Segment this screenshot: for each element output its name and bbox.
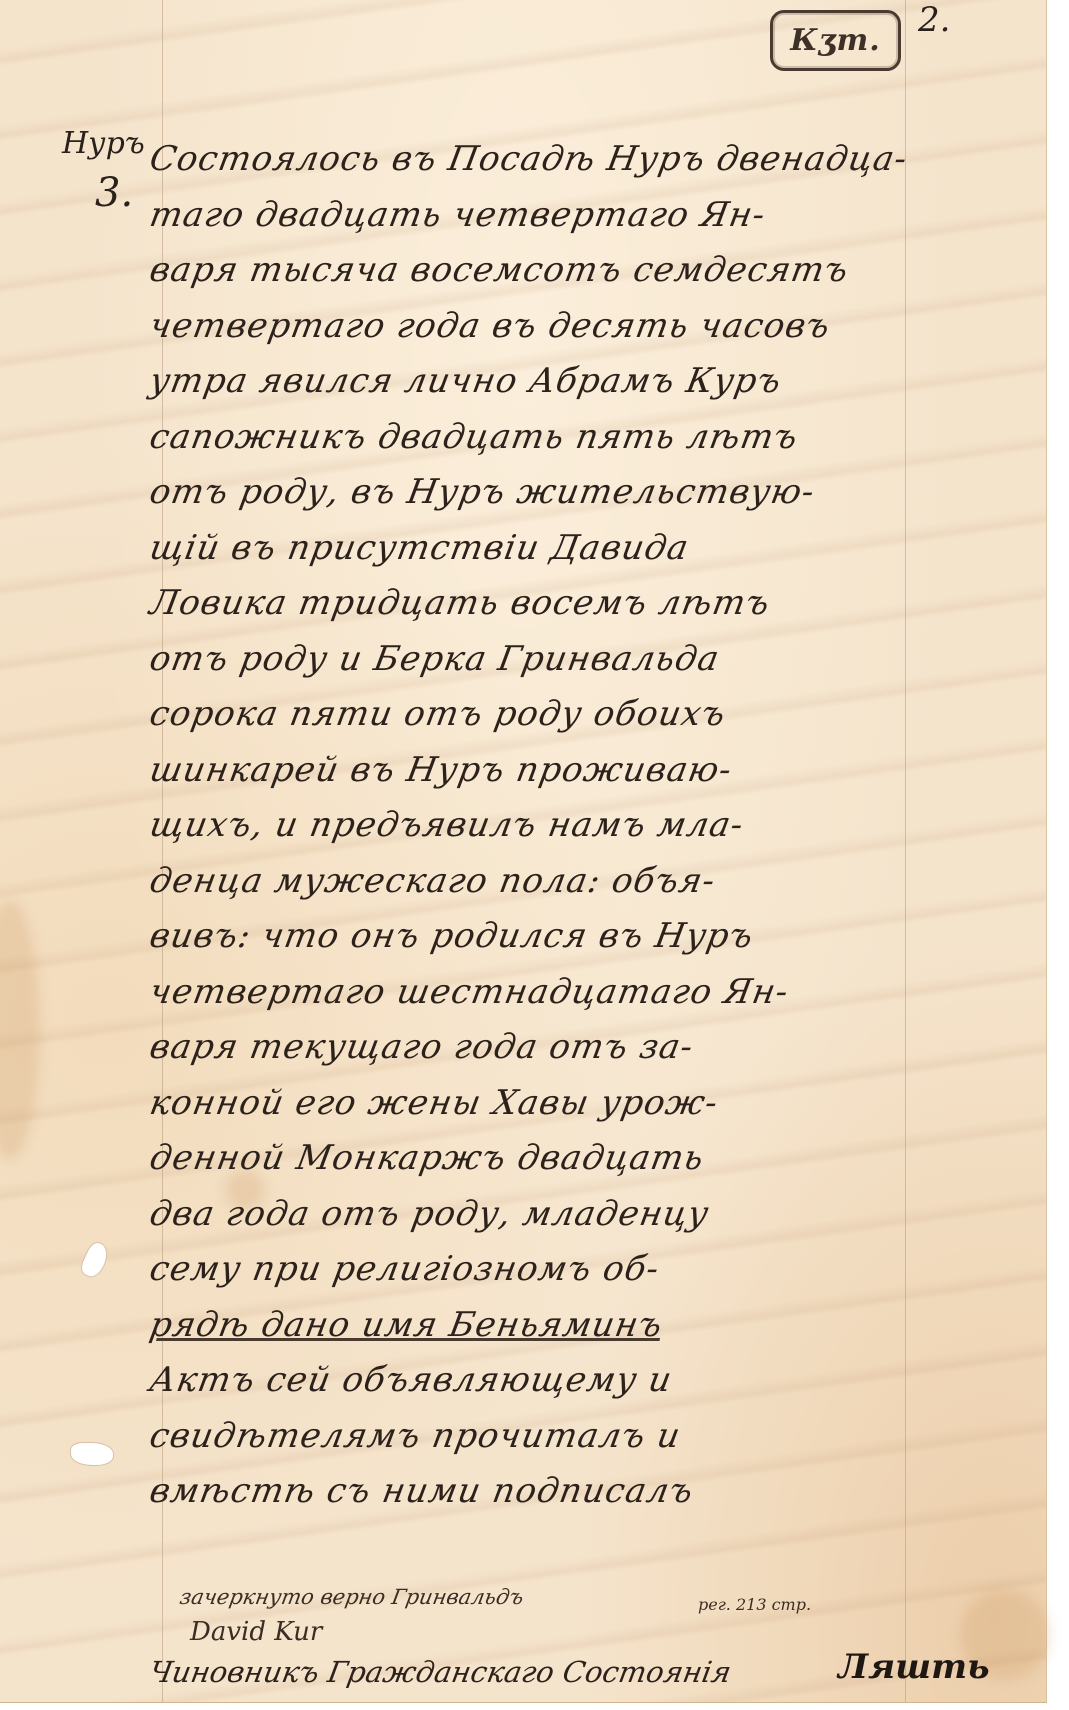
witness-signature: David Kur xyxy=(190,1617,322,1647)
body-line: отъ роду и Берка Гринвальда xyxy=(145,632,985,688)
body-line: четвертаго года въ десять часовъ xyxy=(145,299,985,355)
body-line: сорока пяти отъ роду обоихъ xyxy=(145,687,985,743)
body-line: Ловика тридцать восемъ лѣтъ xyxy=(145,576,985,632)
page-number: 2. xyxy=(918,0,950,40)
body-line: два года отъ роду, младенцу xyxy=(145,1187,985,1243)
register-note: рег. 213 стр. xyxy=(698,1595,811,1614)
body-line: щій въ присутствіи Давида xyxy=(145,521,985,577)
body-line: варя текущаго года отъ за- xyxy=(145,1020,985,1076)
margin-locality: Нуръ xyxy=(62,126,145,161)
body-line: варя тысяча восемсотъ семдесятъ xyxy=(145,243,985,299)
archive-stamp: Кӡт. xyxy=(770,10,901,71)
body-line: Актъ сей объявляющему и xyxy=(145,1353,985,1409)
body-line: щихъ, и предъявилъ намъ мла- xyxy=(145,798,985,854)
document-page: Кӡт. 2. Нуръ 3. Состоялось въ Посадѣ Нур… xyxy=(0,0,1047,1703)
official-signature: Ляшть xyxy=(838,1647,990,1687)
body-line: отъ роду, въ Нуръ жительствую- xyxy=(145,465,985,521)
paper-hole xyxy=(77,1239,112,1281)
paper-hole xyxy=(70,1442,114,1466)
official-title: Чиновникъ Гражданскаго Состоянія xyxy=(147,1655,734,1689)
body-line: денной Монкаржъ двадцать xyxy=(145,1131,985,1187)
body-line: сему при религіозномъ об- xyxy=(145,1242,985,1298)
body-line: Состоялось въ Посадѣ Нуръ двенадца- xyxy=(145,132,985,188)
body-line: денца мужескаго пола: объя- xyxy=(145,854,985,910)
body-line: сапожникъ двадцать пять лѣтъ xyxy=(145,410,985,466)
body-line: таго двадцать четвертаго Ян- xyxy=(145,188,985,244)
body-line-child-name: рядѣ дано имя Беньяминъ xyxy=(145,1298,985,1354)
body-line: конной его жены Хавы урож- xyxy=(145,1076,985,1132)
body-line: вивъ: что онъ родился въ Нуръ xyxy=(145,909,985,965)
body-line: вмѣстѣ съ ними подписалъ xyxy=(145,1464,985,1520)
body-line: утра явился лично Абрамъ Куръ xyxy=(145,354,985,410)
body-line: шинкарей въ Нуръ проживаю- xyxy=(145,743,985,799)
correction-note: зачеркнуто верно Гринвальдъ xyxy=(178,1585,526,1609)
body-line: свидѣтелямъ прочиталъ и xyxy=(145,1409,985,1465)
body-line: четвертаго шестнадцатаго Ян- xyxy=(145,965,985,1021)
paper-stain xyxy=(0,900,40,1160)
record-body: Состоялось въ Посадѣ Нуръ двенадца- таго… xyxy=(150,132,980,1520)
record-number: 3. xyxy=(95,170,133,216)
